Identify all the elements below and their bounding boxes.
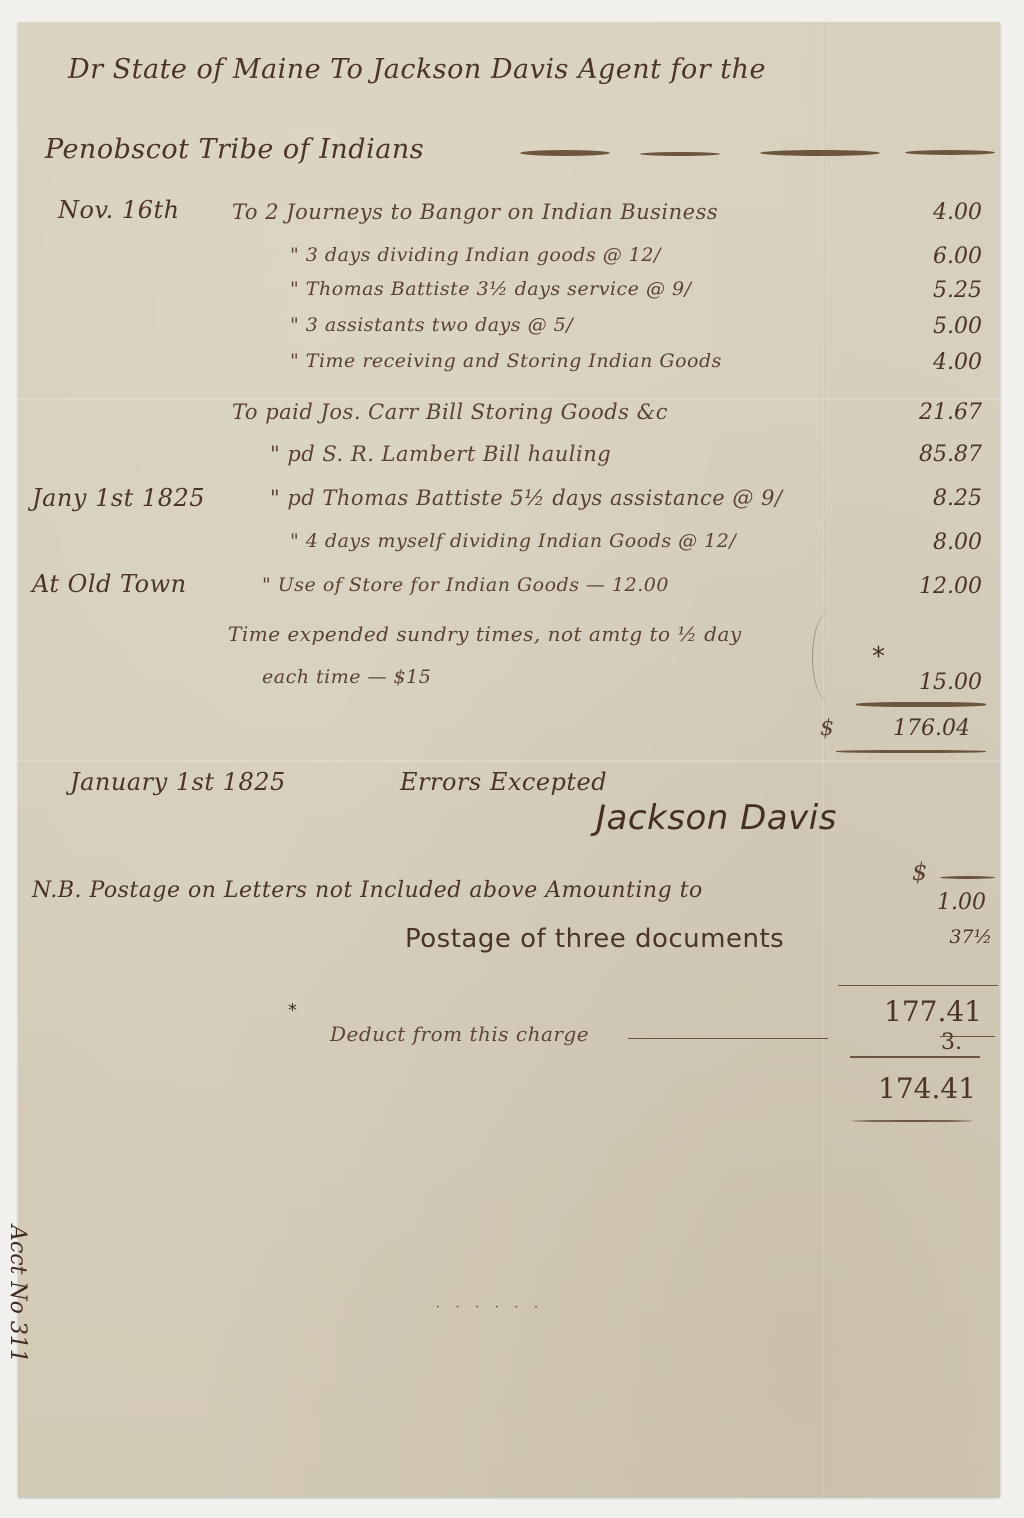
final-rule xyxy=(850,1056,980,1058)
postage-amount: 1.00 xyxy=(866,890,986,915)
heading-line-2: Penobscot Tribe of Indians xyxy=(45,134,424,165)
entry-amount: 5.25 xyxy=(862,278,982,303)
entry-description: " Use of Store for Indian Goods — 12.00 xyxy=(262,574,669,596)
entry-amount: 8.00 xyxy=(862,530,982,555)
entry-description: " 4 days myself dividing Indian Goods @ … xyxy=(290,530,736,552)
entry-amount: 15.00 xyxy=(862,670,982,695)
heading-flourish xyxy=(520,150,610,156)
heading-flourish xyxy=(905,150,995,155)
entry-amount: 5.00 xyxy=(862,314,982,339)
final-total: 174.41 xyxy=(856,1072,976,1105)
postscript-line-1: N.B. Postage on Letters not Included abo… xyxy=(32,878,703,903)
entry-date: Nov. 16th xyxy=(58,196,180,224)
entry-description: each time — $15 xyxy=(262,666,431,688)
documents-postage-amount: 37½ xyxy=(872,926,992,948)
entry-amount: 21.67 xyxy=(862,400,982,425)
errors-excepted: Errors Excepted xyxy=(400,768,607,796)
entry-description: " 3 assistants two days @ 5/ xyxy=(290,314,573,336)
entry-date: At Old Town xyxy=(32,570,187,598)
entry-amount: 85.87 xyxy=(862,442,982,467)
margin-account-number: Acct No 311 xyxy=(5,1225,30,1363)
heading-flourish xyxy=(640,152,720,156)
deduction-amount: 3. xyxy=(842,1030,962,1055)
dollar-sign: $ xyxy=(820,716,834,741)
postscript-line-2: Postage of three documents xyxy=(405,924,784,954)
entry-date: Jany 1st 1825 xyxy=(32,484,205,512)
ink-specks: · · · · · · xyxy=(436,1300,544,1314)
closing-date: January 1st 1825 xyxy=(70,768,286,796)
total-rule xyxy=(836,750,986,753)
asterisk-marker: * xyxy=(872,642,885,672)
subtotal-amount: 176.04 xyxy=(850,716,970,741)
entry-amount: 6.00 xyxy=(862,244,982,269)
deduct-rule xyxy=(940,1036,995,1037)
asterisk-marker: * xyxy=(288,1000,297,1021)
entry-description: " Thomas Battiste 3½ days service @ 9/ xyxy=(290,278,691,300)
entry-description: To paid Jos. Carr Bill Storing Goods &c xyxy=(232,400,668,424)
final-flourish xyxy=(852,1120,972,1122)
total-rule xyxy=(838,985,998,986)
deduct-note: Deduct from this charge xyxy=(330,1022,589,1046)
entry-description: " pd Thomas Battiste 5½ days assistance … xyxy=(270,486,783,510)
entry-description: To 2 Journeys to Bangor on Indian Busine… xyxy=(232,200,718,224)
heading-line-1: Dr State of Maine To Jackson Davis Agent… xyxy=(68,54,766,85)
total-before-deduction: 177.41 xyxy=(862,995,982,1028)
entry-description: " 3 days dividing Indian goods @ 12/ xyxy=(290,244,661,266)
entry-description: " Time receiving and Storing Indian Good… xyxy=(290,350,722,372)
signature: Jackson Davis xyxy=(596,798,837,838)
deduct-leader-line xyxy=(628,1038,828,1039)
entry-amount: 8.25 xyxy=(862,486,982,511)
entry-amount: 12.00 xyxy=(862,574,982,599)
dollar-flourish xyxy=(940,876,995,879)
heading-flourish xyxy=(760,150,880,156)
dollar-sign: $ xyxy=(912,858,927,886)
bracket-flourish xyxy=(812,612,847,702)
fold-crease-horizontal xyxy=(18,760,1000,762)
entry-description: Time expended sundry times, not amtg to … xyxy=(228,622,742,646)
entry-amount: 4.00 xyxy=(862,200,982,225)
entry-amount: 4.00 xyxy=(862,350,982,375)
total-rule xyxy=(856,702,986,707)
entry-description: " pd S. R. Lambert Bill hauling xyxy=(270,442,611,466)
